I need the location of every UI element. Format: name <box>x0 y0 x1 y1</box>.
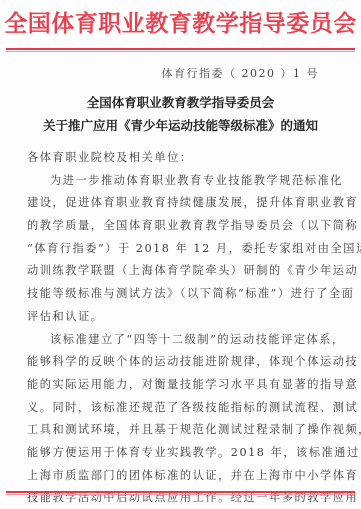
paragraph-line: 上海市质监部门的团体标准的认证，并在上海市中小学体育 <box>27 465 341 488</box>
paragraph-line: 工具和测试环境，并且基于规范化测试过程录制了操作视频， <box>27 419 341 442</box>
notice-body: 各体育职业院校及相关单位： 为进一步推动体育职业教育专业技能教学规范标准化 建设… <box>27 147 341 509</box>
red-rule-thick <box>6 491 355 493</box>
notice-title-line-1: 全国体育职业教育教学指导委员会 <box>0 94 361 112</box>
paragraph-line: 动训练教学联盟（上海体育学院牵头）研制的《青少年运动 <box>27 260 341 283</box>
paragraph-line: 义。同时，该标准还规范了各级技能指标的测试流程、测试 <box>27 397 341 420</box>
paragraph-line: 能够科学的反映个体的运动技能进阶规律，体现个体运动技 <box>27 351 341 374</box>
red-rule-thin <box>6 51 355 52</box>
red-rule-thick <box>6 48 355 50</box>
paragraph-line: 该标准建立了“四等十二级制”的运动技能评定体系， <box>27 329 341 352</box>
paragraph-line: 为进一步推动体育职业教育专业技能教学规范标准化 <box>27 170 341 193</box>
paragraph-line: 能的实际运用能力，对衡量技能学习水平具有显著的指导意 <box>27 374 341 397</box>
red-rule-thin <box>6 494 355 495</box>
letterhead-red-divider <box>6 48 355 52</box>
paragraph-line: 评估和认证。 <box>27 306 341 329</box>
footer-red-divider <box>6 491 355 495</box>
salutation: 各体育职业院校及相关单位： <box>27 147 341 170</box>
notice-title-line-2: 关于推广应用《青少年运动技能等级标准》的通知 <box>0 117 361 135</box>
paragraph-line: 能够方便运用于体育专业实践教学。2018 年，该标准通过了 <box>27 442 341 465</box>
paragraph-line: 的教学质量，全国体育职业教育教学指导委员会（以下简称 <box>27 215 341 238</box>
paragraph-line: 建设，促进体育职业教育持续健康发展，提升体育职业教育 <box>27 192 341 215</box>
paragraph-line: 技能等级标准与测试方法》（以下简称“标准”）进行了全面 <box>27 283 341 306</box>
paragraph-line: “体育行指委”）于 2018 年 12 月，委托专家组对由全国运 <box>27 238 341 261</box>
document-number: 体育行指委（ 2020 ）1 号 <box>162 65 319 81</box>
letterhead-title: 全国体育职业教育教学指导委员会 <box>0 10 361 38</box>
document-page: 全国体育职业教育教学指导委员会 体育行指委（ 2020 ）1 号 全国体育职业教… <box>0 0 361 509</box>
